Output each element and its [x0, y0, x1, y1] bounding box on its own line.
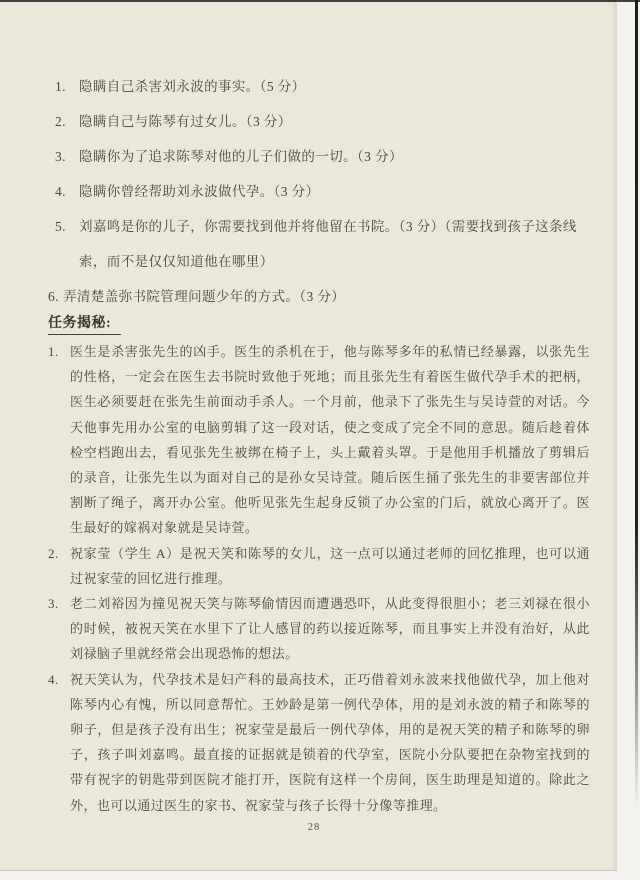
reveal-item-number: 4. — [48, 667, 70, 818]
task-item: 3. 隐瞒你为了追求陈琴对他的儿子们做的一切。（3 分） — [48, 139, 590, 174]
reveal-item-text: 老二刘裕因为撞见祝天笑与陈琴偷情因而遭遇恐吓，从此变得很胆小；老三刘禄在很小的时… — [70, 591, 590, 667]
task-score-list: 1. 隐瞒自己杀害刘永波的事实。（5 分） 2. 隐瞒自己与陈琴有过女儿。（3 … — [48, 69, 590, 314]
scanned-document: 1. 隐瞒自己杀害刘永波的事实。（5 分） 2. 隐瞒自己与陈琴有过女儿。（3 … — [0, 0, 640, 880]
reveal-item: 1. 医生是杀害张先生的凶手。医生的杀机在于，他与陈琴多年的私情已经暴露，以张先… — [48, 339, 590, 541]
task-text: 隐瞒自己杀害刘永波的事实。（5 分） — [79, 69, 590, 104]
task-item: 5. 刘嘉鸣是你的儿子，你需要找到他并将他留在书院。（3 分）（需要找到孩子这条… — [48, 209, 590, 279]
task-number: 5. — [55, 209, 79, 279]
task-number: 3. — [55, 139, 79, 174]
task-number: 4. — [55, 174, 79, 209]
task-number: 1. — [55, 69, 79, 104]
task-text: 刘嘉鸣是你的儿子，你需要找到他并将他留在书院。（3 分）（需要找到孩子这条线索，… — [79, 209, 590, 279]
reveal-item-text: 祝家莹（学生 A）是祝天笑和陈琴的女儿，这一点可以通过老师的回忆推理，也可以通过… — [70, 541, 590, 591]
reveal-item: 4. 祝天笑认为，代孕技术是妇产科的最高技术，正巧借着刘永波来找他做代孕，加上他… — [48, 667, 590, 818]
paper-page: 1. 隐瞒自己杀害刘永波的事实。（5 分） 2. 隐瞒自己与陈琴有过女儿。（3 … — [0, 2, 617, 871]
task-item: 2. 隐瞒自己与陈琴有过女儿。（3 分） — [48, 104, 590, 139]
task-item: 1. 隐瞒自己杀害刘永波的事实。（5 分） — [48, 69, 590, 104]
task-text: 弄清楚盖弥书院管理问题少年的方式。（3 分） — [63, 279, 590, 314]
task-text: 隐瞒你曾经帮助刘永波做代孕。（3 分） — [79, 174, 590, 209]
reveal-item-number: 1. — [48, 339, 70, 541]
task-text: 隐瞒自己与陈琴有过女儿。（3 分） — [79, 104, 590, 139]
scan-top-edge — [0, 0, 640, 2]
task-item: 6. 弄清楚盖弥书院管理问题少年的方式。（3 分） — [48, 279, 590, 314]
reveal-item-number: 2. — [48, 541, 70, 591]
reveal-item-number: 3. — [48, 591, 70, 667]
reveal-item-text: 祝天笑认为，代孕技术是妇产科的最高技术，正巧借着刘永波来找他做代孕，加上他对陈琴… — [70, 667, 590, 818]
reveal-list: 1. 医生是杀害张先生的凶手。医生的杀机在于，他与陈琴多年的私情已经暴露，以张先… — [48, 339, 590, 818]
page-number: 28 — [48, 822, 590, 833]
reveal-section-heading: 任务揭秘: — [48, 314, 121, 335]
scan-right-edge — [635, 0, 638, 880]
reveal-item: 2. 祝家莹（学生 A）是祝天笑和陈琴的女儿，这一点可以通过老师的回忆推理，也可… — [48, 541, 590, 591]
task-item: 4. 隐瞒你曾经帮助刘永波做代孕。（3 分） — [48, 174, 590, 209]
page-content: 1. 隐瞒自己杀害刘永波的事实。（5 分） 2. 隐瞒自己与陈琴有过女儿。（3 … — [0, 69, 616, 833]
reveal-item-text: 医生是杀害张先生的凶手。医生的杀机在于，他与陈琴多年的私情已经暴露，以张先生的性… — [70, 339, 590, 541]
task-number: 6. — [48, 279, 63, 314]
task-text: 隐瞒你为了追求陈琴对他的儿子们做的一切。（3 分） — [79, 139, 590, 174]
task-number: 2. — [55, 104, 79, 139]
reveal-item: 3. 老二刘裕因为撞见祝天笑与陈琴偷情因而遭遇恐吓，从此变得很胆小；老三刘禄在很… — [48, 591, 590, 667]
